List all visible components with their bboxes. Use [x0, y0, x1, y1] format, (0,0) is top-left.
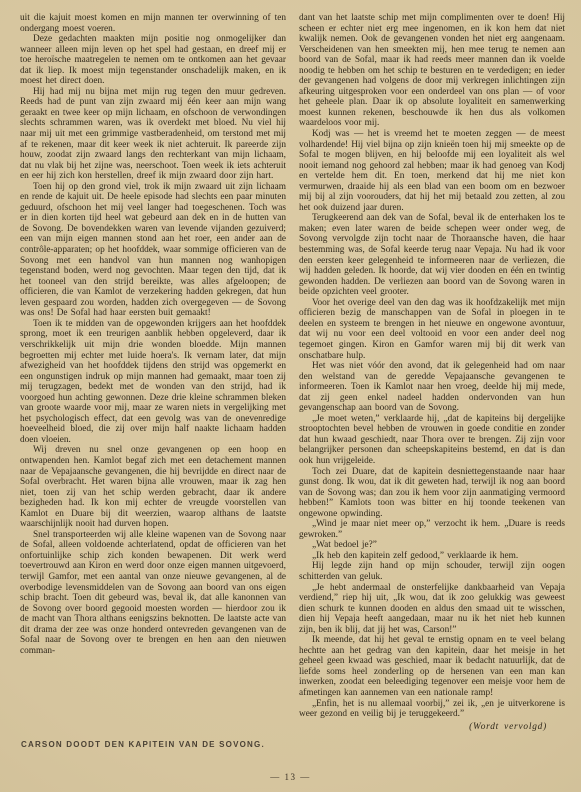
paragraph: Terugkeerend aan dek van de Sofal, beval…: [299, 213, 565, 297]
paragraph: Wij dreven nu snel onze gevangenen op ee…: [20, 445, 286, 529]
paragraph: Toen ik te midden van de opgewonden krij…: [20, 319, 286, 446]
paragraph: „Wind je maar niet meer op,” verzocht ik…: [299, 519, 565, 540]
illustration-caption: CARSON DOODT DEN KAPITEIN VAN DE SOVONG.: [21, 740, 265, 749]
left-column: uit die kajuit moest komen en mijn manne…: [20, 13, 286, 737]
paragraph: „Enfin, het is nu allemaal voorbij,” zei…: [299, 699, 565, 720]
paragraph: Hij had mij nu bijna met mijn rug tegen …: [20, 87, 286, 182]
paragraph: Hij legde zijn hand op mijn schouder, te…: [299, 561, 565, 582]
paragraph: dant van het laatste schip met mijn comp…: [299, 13, 565, 129]
paragraph: Ik meende, dat hij het geval te ernstig …: [299, 635, 565, 698]
page-number: — 13 —: [0, 772, 581, 782]
paragraph: „Wat bedoel je?”: [299, 540, 565, 551]
paragraph: „Je moet weten,” verklaarde hij, „dat de…: [299, 414, 565, 467]
right-column: dant van het laatste schip met mijn comp…: [299, 13, 565, 737]
paragraph: Toch zei Duare, dat de kapitein desniett…: [299, 467, 565, 520]
paragraph: Kodj was — het is vreemd het te moeten z…: [299, 129, 565, 213]
paragraph: „Ik heb den kapitein zelf gedood,” verkl…: [299, 551, 565, 562]
paragraph: „Je hebt andermaal de onsterfelijke dank…: [299, 583, 565, 636]
paragraph: Snel transporteerden wij alle kleine wap…: [20, 530, 286, 657]
text-columns: uit die kajuit moest komen en mijn manne…: [20, 13, 565, 737]
paragraph: Voor het overige deel van den dag was ik…: [299, 298, 565, 361]
paragraph: uit die kajuit moest komen en mijn manne…: [20, 13, 286, 34]
paragraph: Toen hij op den grond viel, trok ik mijn…: [20, 182, 286, 319]
magazine-page: uit die kajuit moest komen en mijn manne…: [0, 0, 581, 792]
paragraph: Deze gedachten maakten mijn positie nog …: [20, 34, 286, 87]
paragraph: Het was niet vóór den avond, dat ik gele…: [299, 361, 565, 414]
continued-note: (Wordt vervolgd): [299, 722, 565, 733]
